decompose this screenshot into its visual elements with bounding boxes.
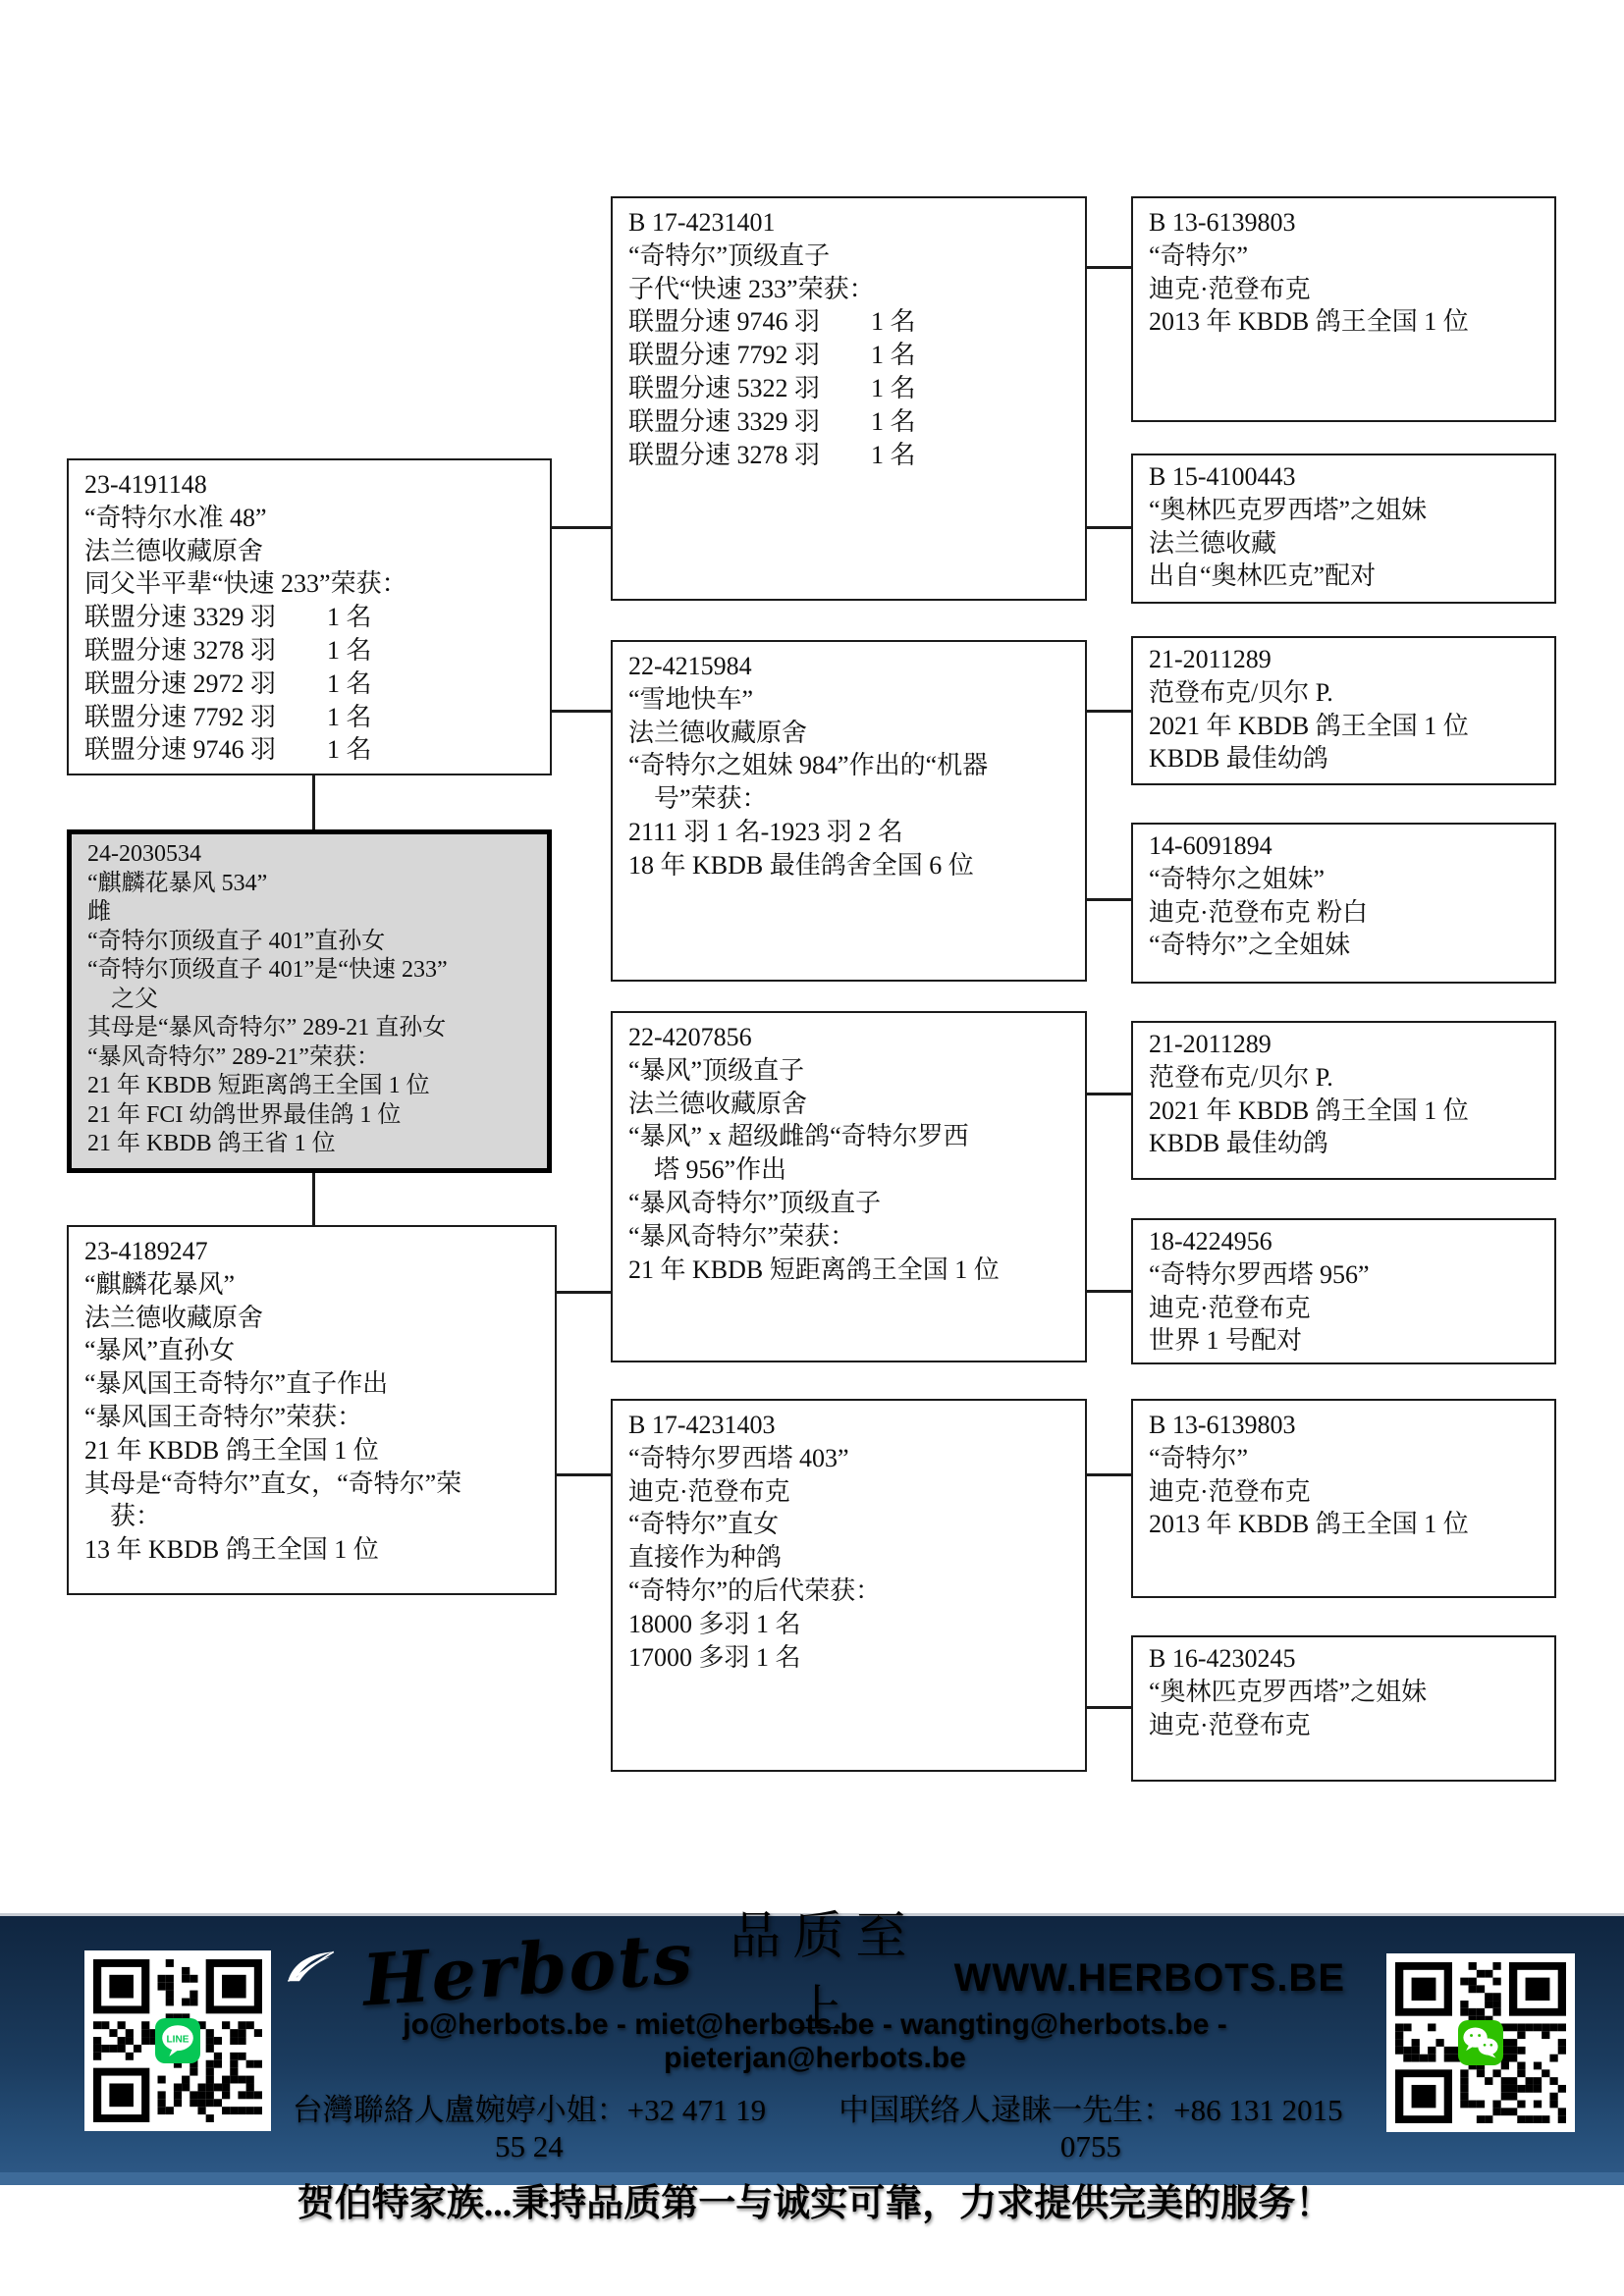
footer-content: Herbots 品质至上 WWW.HERBOTS.BE jo@herbots.b… (285, 1916, 1345, 2226)
pedigree-box-text: B 15-4100443 “奥林匹克罗西塔”之姐妹 法兰德收藏 出自“奥林匹克”… (1133, 455, 1554, 593)
connector-line (1085, 266, 1133, 269)
contact-taiwan: 台灣聯絡人盧婉婷小姐：+32 471 19 55 24 (285, 2085, 774, 2164)
pedigree-page: 23-4191148 “奇特尔水准 48” 法兰德收藏原舍 同父半平辈“快速 2… (0, 0, 1624, 2296)
pedigree-box-text: B 13-6139803 “奇特尔” 迪克·范登布克 2013 年 KBDB 鸽… (1133, 1401, 1554, 1541)
line-icon: LINE (155, 2018, 200, 2063)
contact-phones: 台灣聯絡人盧婉婷小姐：+32 471 19 55 24 中国联络人逯睐一先生：+… (285, 2085, 1345, 2164)
brand-logo: Herbots (360, 1915, 697, 2021)
pedigree-box-text: B 16-4230245 “奥林匹克罗西塔”之姐妹 迪克·范登布克 (1133, 1637, 1554, 1741)
connector-line (1085, 898, 1133, 901)
connector-line (555, 1291, 613, 1294)
pedigree-box-mother-father: 22-4207856 “暴风”顶级直子 法兰德收藏原舍 “暴风” x 超级雌鸽“… (611, 1011, 1087, 1362)
svg-text:LINE: LINE (167, 2034, 189, 2045)
connector-line (555, 1473, 613, 1476)
website-url: WWW.HERBOTS.BE (954, 1956, 1345, 2001)
pedigree-box-text: B 13-6139803 “奇特尔” 迪克·范登布克 2013 年 KBDB 鸽… (1133, 198, 1554, 339)
pedigree-box-mfm: 18-4224956 “奇特尔罗西塔 956” 迪克·范登布克 世界 1 号配对 (1131, 1218, 1556, 1364)
pedigree-box-text: 23-4189247 “麒麟花暴风” 法兰德收藏原舍 “暴风”直孙女 “暴风国王… (69, 1227, 555, 1567)
pedigree-box-mmm: B 16-4230245 “奥林匹克罗西塔”之姐妹 迪克·范登布克 (1131, 1635, 1556, 1782)
pedigree-box-text: 18-4224956 “奇特尔罗西塔 956” 迪克·范登布克 世界 1 号配对 (1133, 1220, 1554, 1358)
footer-slogan: 贺伯特家族...秉持品质第一与诚实可靠，力求提供完美的服务！ (285, 2172, 1345, 2226)
pedigree-box-text: B 17-4231403 “奇特尔罗西塔 403” 迪克·范登布克 “奇特尔”直… (613, 1401, 1085, 1674)
connector-line (312, 775, 315, 829)
pedigree-box-text: B 17-4231401 “奇特尔”顶级直子 子代“快速 233”荣获： 联盟分… (613, 198, 1085, 471)
pedigree-box-fmm: 14-6091894 “奇特尔之姐妹” 迪克·范登布克 粉白 “奇特尔”之全姐妹 (1131, 823, 1556, 984)
pedigree-box-father: 23-4191148 “奇特尔水准 48” 法兰德收藏原舍 同父半平辈“快速 2… (67, 458, 552, 775)
pedigree-box-fff: B 13-6139803 “奇特尔” 迪克·范登布克 2013 年 KBDB 鸽… (1131, 196, 1556, 422)
pedigree-box-text: 24-2030534 “麒麟花暴风 534” 雌 “奇特尔顶级直子 401”直孙… (72, 834, 547, 1159)
pedigree-box-text: 21-2011289 范登布克/贝尔 P. 2021 年 KBDB 鸽王全国 1… (1133, 1023, 1554, 1160)
pedigree-box-father-father: B 17-4231401 “奇特尔”顶级直子 子代“快速 233”荣获： 联盟分… (611, 196, 1087, 601)
pedigree-box-mother: 23-4189247 “麒麟花暴风” 法兰德收藏原舍 “暴风”直孙女 “暴风国王… (67, 1225, 557, 1595)
wechat-qr-code (1386, 1953, 1575, 2132)
logo-row: Herbots 品质至上 WWW.HERBOTS.BE (285, 1930, 1345, 2006)
connector-line (1085, 1290, 1133, 1293)
pedigree-box-text: 22-4207856 “暴风”顶级直子 法兰德收藏原舍 “暴风” x 超级雌鸽“… (613, 1013, 1085, 1286)
pedigree-box-mother-mother: B 17-4231403 “奇特尔罗西塔 403” 迪克·范登布克 “奇特尔”直… (611, 1399, 1087, 1772)
line-qr-code: LINE (84, 1950, 271, 2131)
wechat-icon (1458, 2020, 1503, 2065)
pedigree-box-text: 23-4191148 “奇特尔水准 48” 法兰德收藏原舍 同父半平辈“快速 2… (69, 460, 550, 767)
contact-emails: jo@herbots.be - miet@herbots.be - wangti… (285, 2008, 1345, 2075)
connector-line (550, 710, 613, 713)
pedigree-box-ffm: B 15-4100443 “奥林匹克罗西塔”之姐妹 法兰德收藏 出自“奥林匹克”… (1131, 454, 1556, 604)
pedigree-box-mmf: B 13-6139803 “奇特尔” 迪克·范登布克 2013 年 KBDB 鸽… (1131, 1399, 1556, 1598)
connector-line (550, 526, 613, 529)
contact-china: 中国联络人逯睐一先生：+86 131 2015 0755 (837, 2085, 1345, 2164)
connector-line (1085, 526, 1133, 529)
pedigree-box-text: 21-2011289 范登布克/贝尔 P. 2021 年 KBDB 鸽王全国 1… (1133, 638, 1554, 775)
pedigree-box-fmf: 21-2011289 范登布克/贝尔 P. 2021 年 KBDB 鸽王全国 1… (1131, 636, 1556, 785)
feather-icon (285, 1945, 337, 1992)
connector-line (1085, 1093, 1133, 1095)
pedigree-box-mff: 21-2011289 范登布克/贝尔 P. 2021 年 KBDB 鸽王全国 1… (1131, 1021, 1556, 1180)
pedigree-box-father-mother: 22-4215984 “雪地快车” 法兰德收藏原舍 “奇特尔之姐妹 984”作出… (611, 640, 1087, 982)
pedigree-box-text: 22-4215984 “雪地快车” 法兰德收藏原舍 “奇特尔之姐妹 984”作出… (613, 642, 1085, 882)
pedigree-box-subject: 24-2030534 “麒麟花暴风 534” 雌 “奇特尔顶级直子 401”直孙… (67, 829, 552, 1173)
connector-line (1085, 1706, 1133, 1709)
connector-line (1085, 1473, 1133, 1476)
connector-line (312, 1173, 315, 1225)
connector-line (1085, 710, 1133, 713)
pedigree-box-text: 14-6091894 “奇特尔之姐妹” 迪克·范登布克 粉白 “奇特尔”之全姐妹 (1133, 825, 1554, 962)
